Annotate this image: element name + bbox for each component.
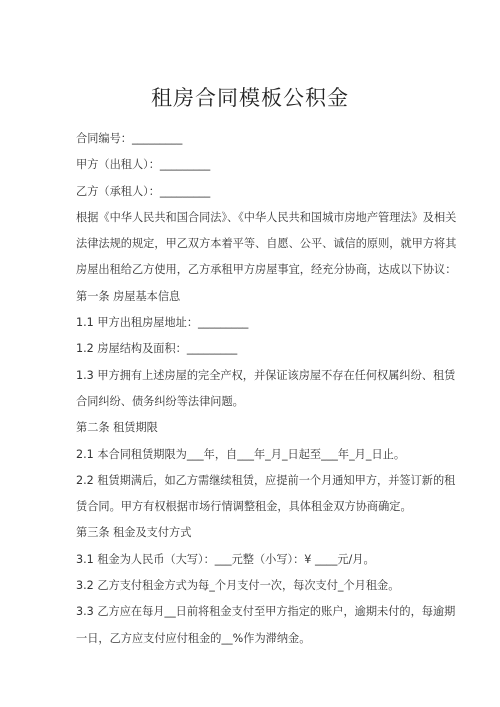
article-2-heading: 第二条 租赁期限: [76, 415, 436, 441]
clause-3-3-line-2: 一日，乙方应支付应付租金的__%作为滞纳金。: [76, 626, 436, 652]
clause-3-2: 3.2 乙方支付租金方式为每_个月支付一次，每次支付_个月租金。: [76, 573, 436, 599]
clause-3-1: 3.1 租金为人民币（大写）：___元整（小写）：¥ ____元/月。: [76, 547, 436, 573]
clause-2-2-line-2: 赁合同。甲方有权根据市场行情调整租金，具体租金双方协商确定。: [76, 494, 436, 520]
clause-1-3-line-1: 1.3 甲方拥有上述房屋的完全产权，并保证该房屋不存在任何权属纠纷、租赁: [76, 363, 436, 389]
clause-1-3-line-2: 合同纠纷、债务纠纷等法律问题。: [76, 389, 436, 415]
document-body: 合同编号：_________ 甲方（出租人）：_________ 乙方（承租人）…: [76, 126, 436, 652]
preamble-line-3: 房屋出租给乙方使用，乙方承租甲方房屋事宜，经充分协商，达成以下协议：: [76, 257, 436, 283]
article-1-heading: 第一条 房屋基本信息: [76, 284, 436, 310]
preamble-line-1: 根据《中华人民共和国合同法》、《中华人民共和国城市房地产管理法》及相关: [76, 205, 436, 231]
document-page: 租房合同模板公积金 合同编号：_________ 甲方（出租人）：_______…: [0, 0, 500, 707]
document-title: 租房合同模板公积金: [0, 83, 500, 113]
clause-2-2-line-1: 2.2 租赁期满后，如乙方需继续租赁，应提前一个月通知甲方，并签订新的租: [76, 468, 436, 494]
clause-3-3-line-1: 3.3 乙方应在每月__日前将租金支付至甲方指定的账户，逾期未付的，每逾期: [76, 599, 436, 625]
party-b-line: 乙方（承租人）：_________: [76, 179, 436, 205]
clause-2-1: 2.1 本合同租赁期限为___年，自___年_月_日起至___年_月_日止。: [76, 442, 436, 468]
clause-1-1: 1.1 甲方出租房屋地址：_________: [76, 310, 436, 336]
article-3-heading: 第三条 租金及支付方式: [76, 520, 436, 546]
preamble-line-2: 法律法规的规定，甲乙双方本着平等、自愿、公平、诚信的原则，就甲方将其: [76, 231, 436, 257]
contract-number-line: 合同编号：_________: [76, 126, 436, 152]
party-a-line: 甲方（出租人）：_________: [76, 152, 436, 178]
clause-1-2: 1.2 房屋结构及面积：_________: [76, 336, 436, 362]
